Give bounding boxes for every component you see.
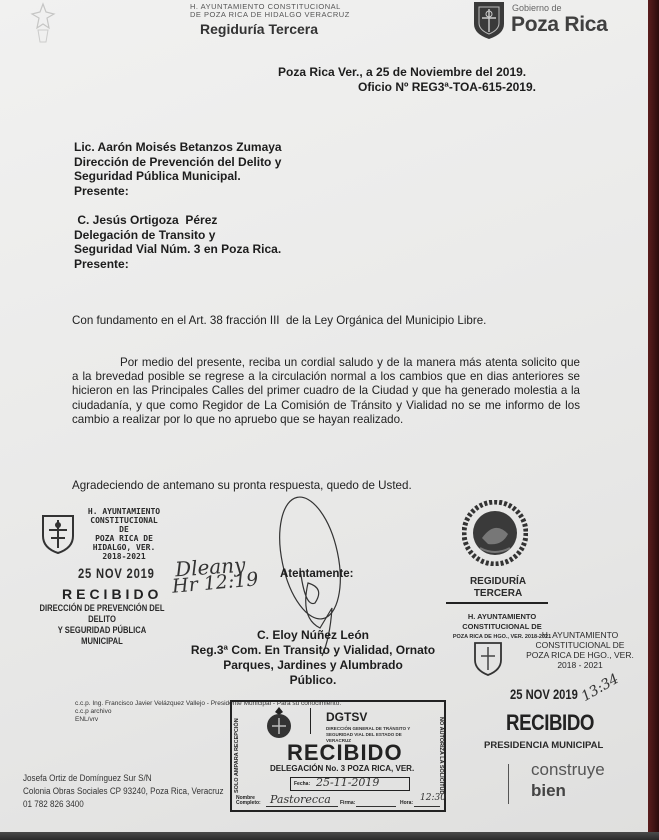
- divider: [414, 806, 440, 807]
- sign-off: Atentamente:: [280, 568, 353, 580]
- dgtsv-side-note-right: NO AUTORIZA LA SOLICITUD: [432, 706, 444, 806]
- left-stamp-institution: H. AYUNTAMIENTO CONSTITUCIONAL DE POZA R…: [84, 507, 164, 561]
- slogan-bold: bien: [531, 781, 566, 801]
- dgtsv-time-value: 12:30: [420, 793, 446, 803]
- recipient-1: Lic. Aarón Moisés Betanzos Zumaya Direcc…: [74, 140, 282, 198]
- presidencia-stamp-date: 25 NOV 2019: [510, 686, 578, 702]
- dgtsv-name-value: Pastorecca: [270, 793, 331, 806]
- legal-basis: Con fundamento en el Art. 38 fracción II…: [72, 314, 486, 328]
- dgtsv-status: RECIBIDO: [287, 740, 403, 766]
- signer-block: C. Eloy Núñez León Reg.3ª Com. En Transi…: [178, 628, 448, 688]
- dgtsv-date-value: 25-11-2019: [316, 776, 379, 789]
- dgtsv-date-label: Fecha:: [294, 781, 310, 787]
- presidencia-stamp-status: RECIBIDO: [506, 710, 594, 736]
- presidencia-stamp-institution: H. AYUNTAMIENTO CONSTITUCIONAL DE POZA R…: [505, 630, 655, 670]
- divider: [446, 602, 548, 604]
- footer-address: Josefa Ortiz de Domínguez Sur S/N Coloni…: [23, 772, 223, 812]
- recipient-2: C. Jesús Ortigoza Pérez Delegación de Tr…: [74, 213, 281, 271]
- header-office: Regiduría Tercera: [200, 21, 318, 37]
- mexico-coat-of-arms-icon: [462, 500, 528, 566]
- presidencia-stamp-shield-icon: [473, 640, 503, 676]
- veracruz-coat-of-arms-icon: [264, 706, 294, 740]
- presidencia-stamp-department: PRESIDENCIA MUNICIPAL: [484, 740, 603, 751]
- letter-body: Por medio del presente, reciba un cordia…: [72, 356, 580, 427]
- page-shadow-edge: [0, 832, 659, 840]
- divider: [356, 806, 396, 807]
- letter-page: H. Ayuntamiento Constitucional de Poza R…: [0, 0, 648, 840]
- dgtsv-signature-label: Firma:: [340, 801, 355, 806]
- oficio-number: Oficio Nº REG3ª-TOA-615-2019.: [358, 80, 536, 94]
- divider: [266, 806, 338, 807]
- slogan-light: construye: [531, 761, 605, 779]
- dgtsv-side-note-left: SOLO AMPARA RECEPCIÓN: [234, 706, 246, 806]
- divider: [310, 708, 311, 734]
- regiduria-seal-title: REGIDURÍA TERCERA: [448, 576, 548, 600]
- closing: Agradeciendo de antemano su pronta respu…: [72, 479, 412, 493]
- dgtsv-acronym: DGTSV: [326, 710, 367, 724]
- gov-name: Poza Rica: [511, 13, 608, 37]
- letter-date: Poza Rica Ver., a 25 de Noviembre del 20…: [278, 65, 526, 79]
- left-stamp-department: DIRECCIÓN DE PREVENCIÓN DEL DELITO Y SEG…: [38, 603, 166, 647]
- header-institution: H. Ayuntamiento Constitucional de Poza R…: [190, 3, 350, 19]
- left-stamp-date: 25 NOV 2019: [78, 565, 155, 581]
- dgtsv-time-label: Hora:: [400, 801, 413, 806]
- gov-label: Gobierno de: [512, 3, 562, 13]
- page-shadow-edge: [648, 0, 659, 840]
- divider: [508, 764, 509, 804]
- watermark-coat-of-arms-icon: [28, 2, 58, 48]
- poza-rica-shield-icon: [472, 0, 506, 40]
- left-stamp-status: RECIBIDO: [62, 586, 162, 602]
- dgtsv-name-label: Nombre Completo:: [236, 796, 266, 806]
- left-stamp-shield-icon: [40, 512, 76, 554]
- presidencia-handwritten: 13:34: [579, 671, 622, 705]
- dgtsv-delegation: DELEGACIÓN No. 3 POZA RICA, VER.: [270, 764, 414, 773]
